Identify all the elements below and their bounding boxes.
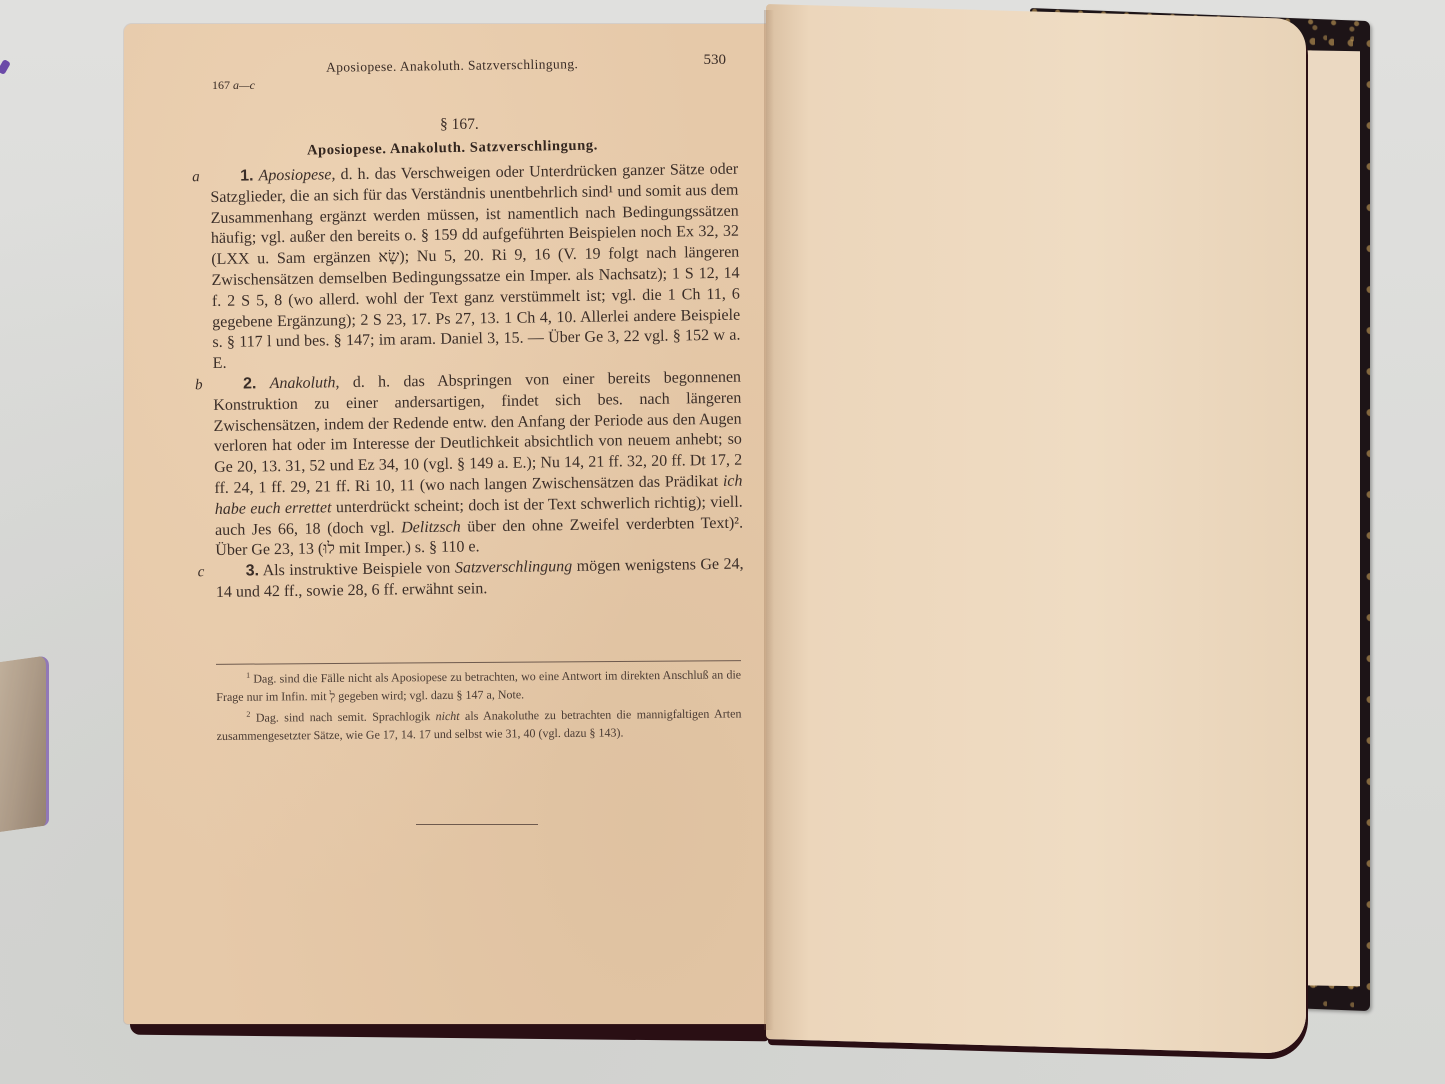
- term-satzverschlingung: Satzverschlingung: [455, 558, 573, 577]
- term-aposiopese: Aposiopese,: [258, 166, 335, 184]
- running-head: 167 a—c Aposiopese. Anakoluth. Satzversc…: [212, 56, 732, 90]
- running-head-section: 167 a—c: [212, 78, 255, 93]
- paragraph-a: a 1. Aposiopese, d. h. das Verschweigen …: [210, 160, 741, 375]
- section-number: § 167.: [440, 116, 479, 134]
- margin-letter-a: a: [192, 167, 200, 188]
- footnotes: 1 Dag. sind die Fälle nicht als Aposiope…: [216, 662, 742, 745]
- running-head-title: Aposiopese. Anakoluth. Satzverschlingung…: [326, 56, 578, 76]
- book-gutter: [764, 10, 774, 1030]
- end-of-section-rule: [416, 824, 538, 825]
- paragraph-b: b 2. Anakoluth, d. h. das Abspringen von…: [213, 368, 744, 563]
- right-page-blank: [766, 4, 1306, 1054]
- margin-letter-b: b: [195, 375, 203, 396]
- paragraph-c: c 3. Als instruktive Beispiele von Satzv…: [216, 555, 745, 604]
- term-anakoluth: Anakoluth,: [270, 374, 340, 392]
- background-object: [0, 655, 49, 835]
- margin-letter-c: c: [198, 562, 205, 583]
- body-text: a 1. Aposiopese, d. h. das Verschweigen …: [210, 160, 744, 604]
- footnote-1: 1 Dag. sind die Fälle nicht als Aposiope…: [216, 662, 741, 706]
- footnote-2: 2 Dag. sind nach semit. Sprachlogik nich…: [216, 701, 741, 745]
- page-number: 530: [704, 52, 727, 69]
